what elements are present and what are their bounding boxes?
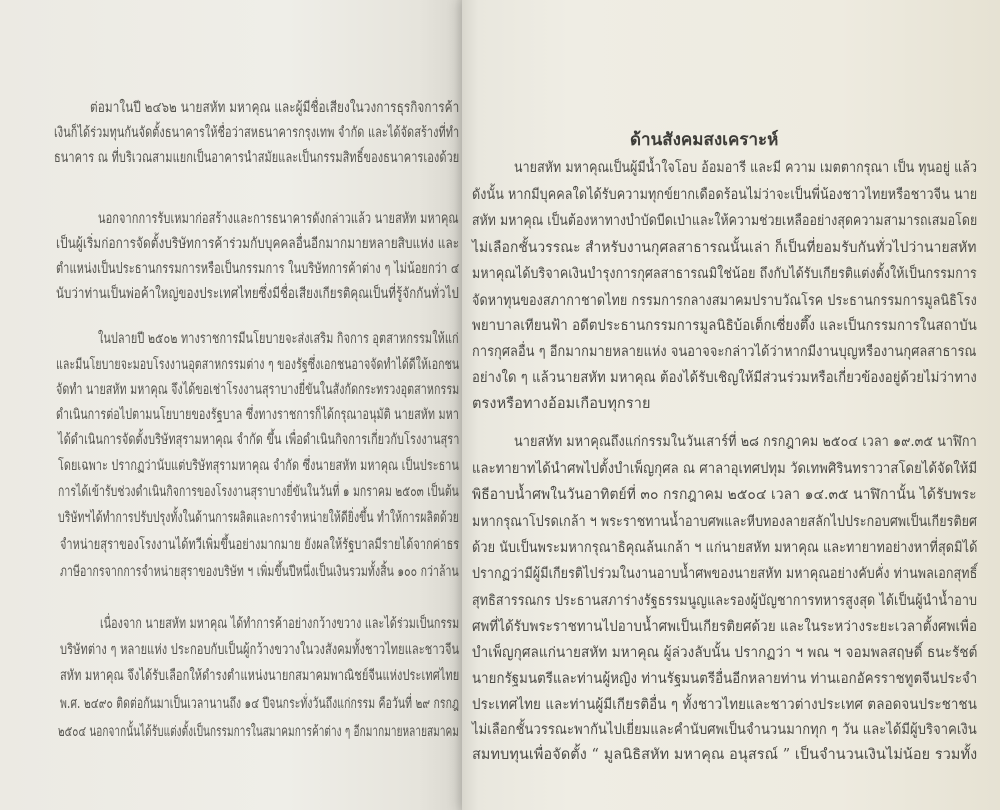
text-line: จำหน่ายสุราของโรงงานได้ทวีเพิ่มขึ้นอย่าง… [60,533,459,556]
text-line: เนื่องจาก นายสหัท มหาคุณ ได้ทำการค้าอย่า… [100,612,459,635]
text-line: การได้เข้ารับช่วงดำเนินกิจการของโรงงานสุ… [58,480,459,503]
text-line: สมทบทุนเพื่อจัดตั้ง “ มูลนิธิสหัท มหาคุณ… [472,743,977,766]
text-line: ดำเนินการต่อไปตามนโยบายของรัฐบาล ซึ่งทาง… [56,403,459,426]
text-line: มหากรุณาโปรดเกล้า ฯ พระราชทานน้ำอาบศพและ… [472,510,977,533]
text-line: จัดหาทุนของสภากาชาดไทย กรรมการกลางสมาคมป… [472,289,977,312]
text-line: นายสหัท มหาคุณถึงแก่กรรมในวันเสาร์ที่ ๒๘… [514,430,977,453]
text-line: การกุศลอื่น ๆ อีกมากมายหลายแห่ง จนอาจจะก… [472,340,976,363]
text-line: สหัท มหาคุณ จึงได้รับเลือกให้ดำรงตำแหน่ง… [60,664,459,687]
section-heading: ด้านสังคมสงเคราะห์ [630,126,778,153]
text-line: ปรากฏว่ามีผู้มีเกียรติไปร่วมในงานอาบน้ำศ… [472,562,977,585]
text-line: เป็นผู้เริ่มก่อการจัดตั้งบริษัทการค้าร่ว… [56,232,459,255]
text-line: พ.ศ. ๒๔๙๐ ติดต่อกันมาเป็นเวลานานถึง ๑๔ ป… [60,692,459,715]
text-line: จัดทำ นายสหัท มหาคุณ จึงได้ขอเช่าโรงงานส… [56,378,459,401]
text-line: อย่างใด ๆ แล้วนายสหัท มหาคุณ ต้องได้รับเ… [472,366,977,389]
text-line: โดยเฉพาะ ปรากฏว่านับแต่บริษัทสุรามหาคุณ … [58,454,459,477]
text-line: และมีนโยบายจะมอบโรงงานอุตสาหกรรมต่าง ๆ ข… [56,353,459,376]
text-line: ได้ดำเนินการจัดตั้งบริษัทสุรามหาคุณ จำกั… [58,428,459,451]
text-line: บำเพ็ญกุศลแก่นายสหัท มหาคุณ ผู้ล่วงลับนั… [472,641,977,664]
text-line: ธนาคาร ณ ที่บริเวณสามแยกเป็นอาคารนำสมัยแ… [54,146,459,169]
text-line: สุทธิสารรณกร ประธานสภาร่างรัฐธรรมนูญและร… [472,589,977,612]
text-line: นายสหัท มหาคุณเป็นผู้มีน้ำใจโอบ อ้อมอารี… [514,156,977,179]
text-line: ศพที่ได้รับพระราชทานไปอาบน้ำศพเป็นเกียรต… [472,615,977,638]
text-line: สหัท มหาคุณ เป็นต้องหาทางบำบัดบีดเป่าและ… [472,209,977,232]
text-line: และทายาทได้นำศพไปตั้งบำเพ็ญกุศล ณ ศาลาอุ… [472,457,977,480]
text-line: พยาบาลเทียนฟ้า อดีตประธานกรรมการมูลนิธิบ… [472,314,977,337]
text-line: ไม่เลือกชั้นวรรณะพากันไปเยี่ยมและคำนับศพ… [472,718,977,741]
text-line: ภาษีอากรจากการจำหน่ายสุราของบริษัท ฯ เพิ… [60,560,459,583]
text-line: ด้วย นับเป็นพระมหากรุณาธิคุณล้นเกล้า ฯ แ… [472,536,977,559]
text-line: บริษัทต่าง ๆ หลายแห่ง ประกอบกับเป็นผู้กว… [60,638,459,661]
text-line: ไม่เลือกชั้นวรรณะ สำหรับงานกุศลสาธารณนั้… [472,236,977,259]
text-line: มหาคุณได้บริจาคเงินบำรุงการกุศลสาธารณมิใ… [472,262,977,285]
text-line: นับว่าท่านเป็นพ่อค้าใหญ่ของประเทศไทยซึ่ง… [56,282,459,305]
left-page: ต่อมาในปี ๒๔๖๒ นายสหัท มหาคุณ และผู้มีชื… [0,0,475,810]
text-line: เงินก็ได้ร่วมทุนกันจัดตั้งธนาคารให้ชื่อว… [54,121,459,144]
text-line: ประเทศไทย และท่านผู้มีเกียรติอื่น ๆ ทั้ง… [472,693,977,716]
text-line: นอกจากการรับเหมาก่อสร้างและการธนาคารดังก… [98,207,459,230]
text-line: พิธีอาบน้ำศพในวันอาทิตย์ที่ ๓๐ กรกฎาคม ๒… [472,483,977,506]
text-line: ตรงหรือทางอ้อมเกือบทุกราย [472,392,651,415]
text-line: ดังนั้น หากมีบุคคลใดได้รับความทุกข์ยากเด… [472,183,977,206]
text-line: ต่อมาในปี ๒๔๖๒ นายสหัท มหาคุณ และผู้มีชื… [90,96,459,119]
right-page: ด้านสังคมสงเคราะห์ นายสหัท มหาคุณเป็นผู้… [462,0,1000,810]
text-line: ๒๕๐๔ นอกจากนั้นได้รับแต่งตั้งเป็นกรรมการ… [58,720,459,743]
text-line: นายกรัฐมนตรีและท่านผู้หญิง ท่านรัฐมนตรีอ… [472,667,977,690]
text-line: ในปลายปี ๒๕๐๒ ทางราชการมีนโยบายจะส่งเสริ… [98,327,459,350]
text-line: ตำแหน่งเป็นประธานกรรมการหรือเป็นกรรมการ … [56,257,459,280]
text-line: บริษัทฯได้ทำการปรับปรุงทั้งในด้านการผลิต… [58,506,459,529]
